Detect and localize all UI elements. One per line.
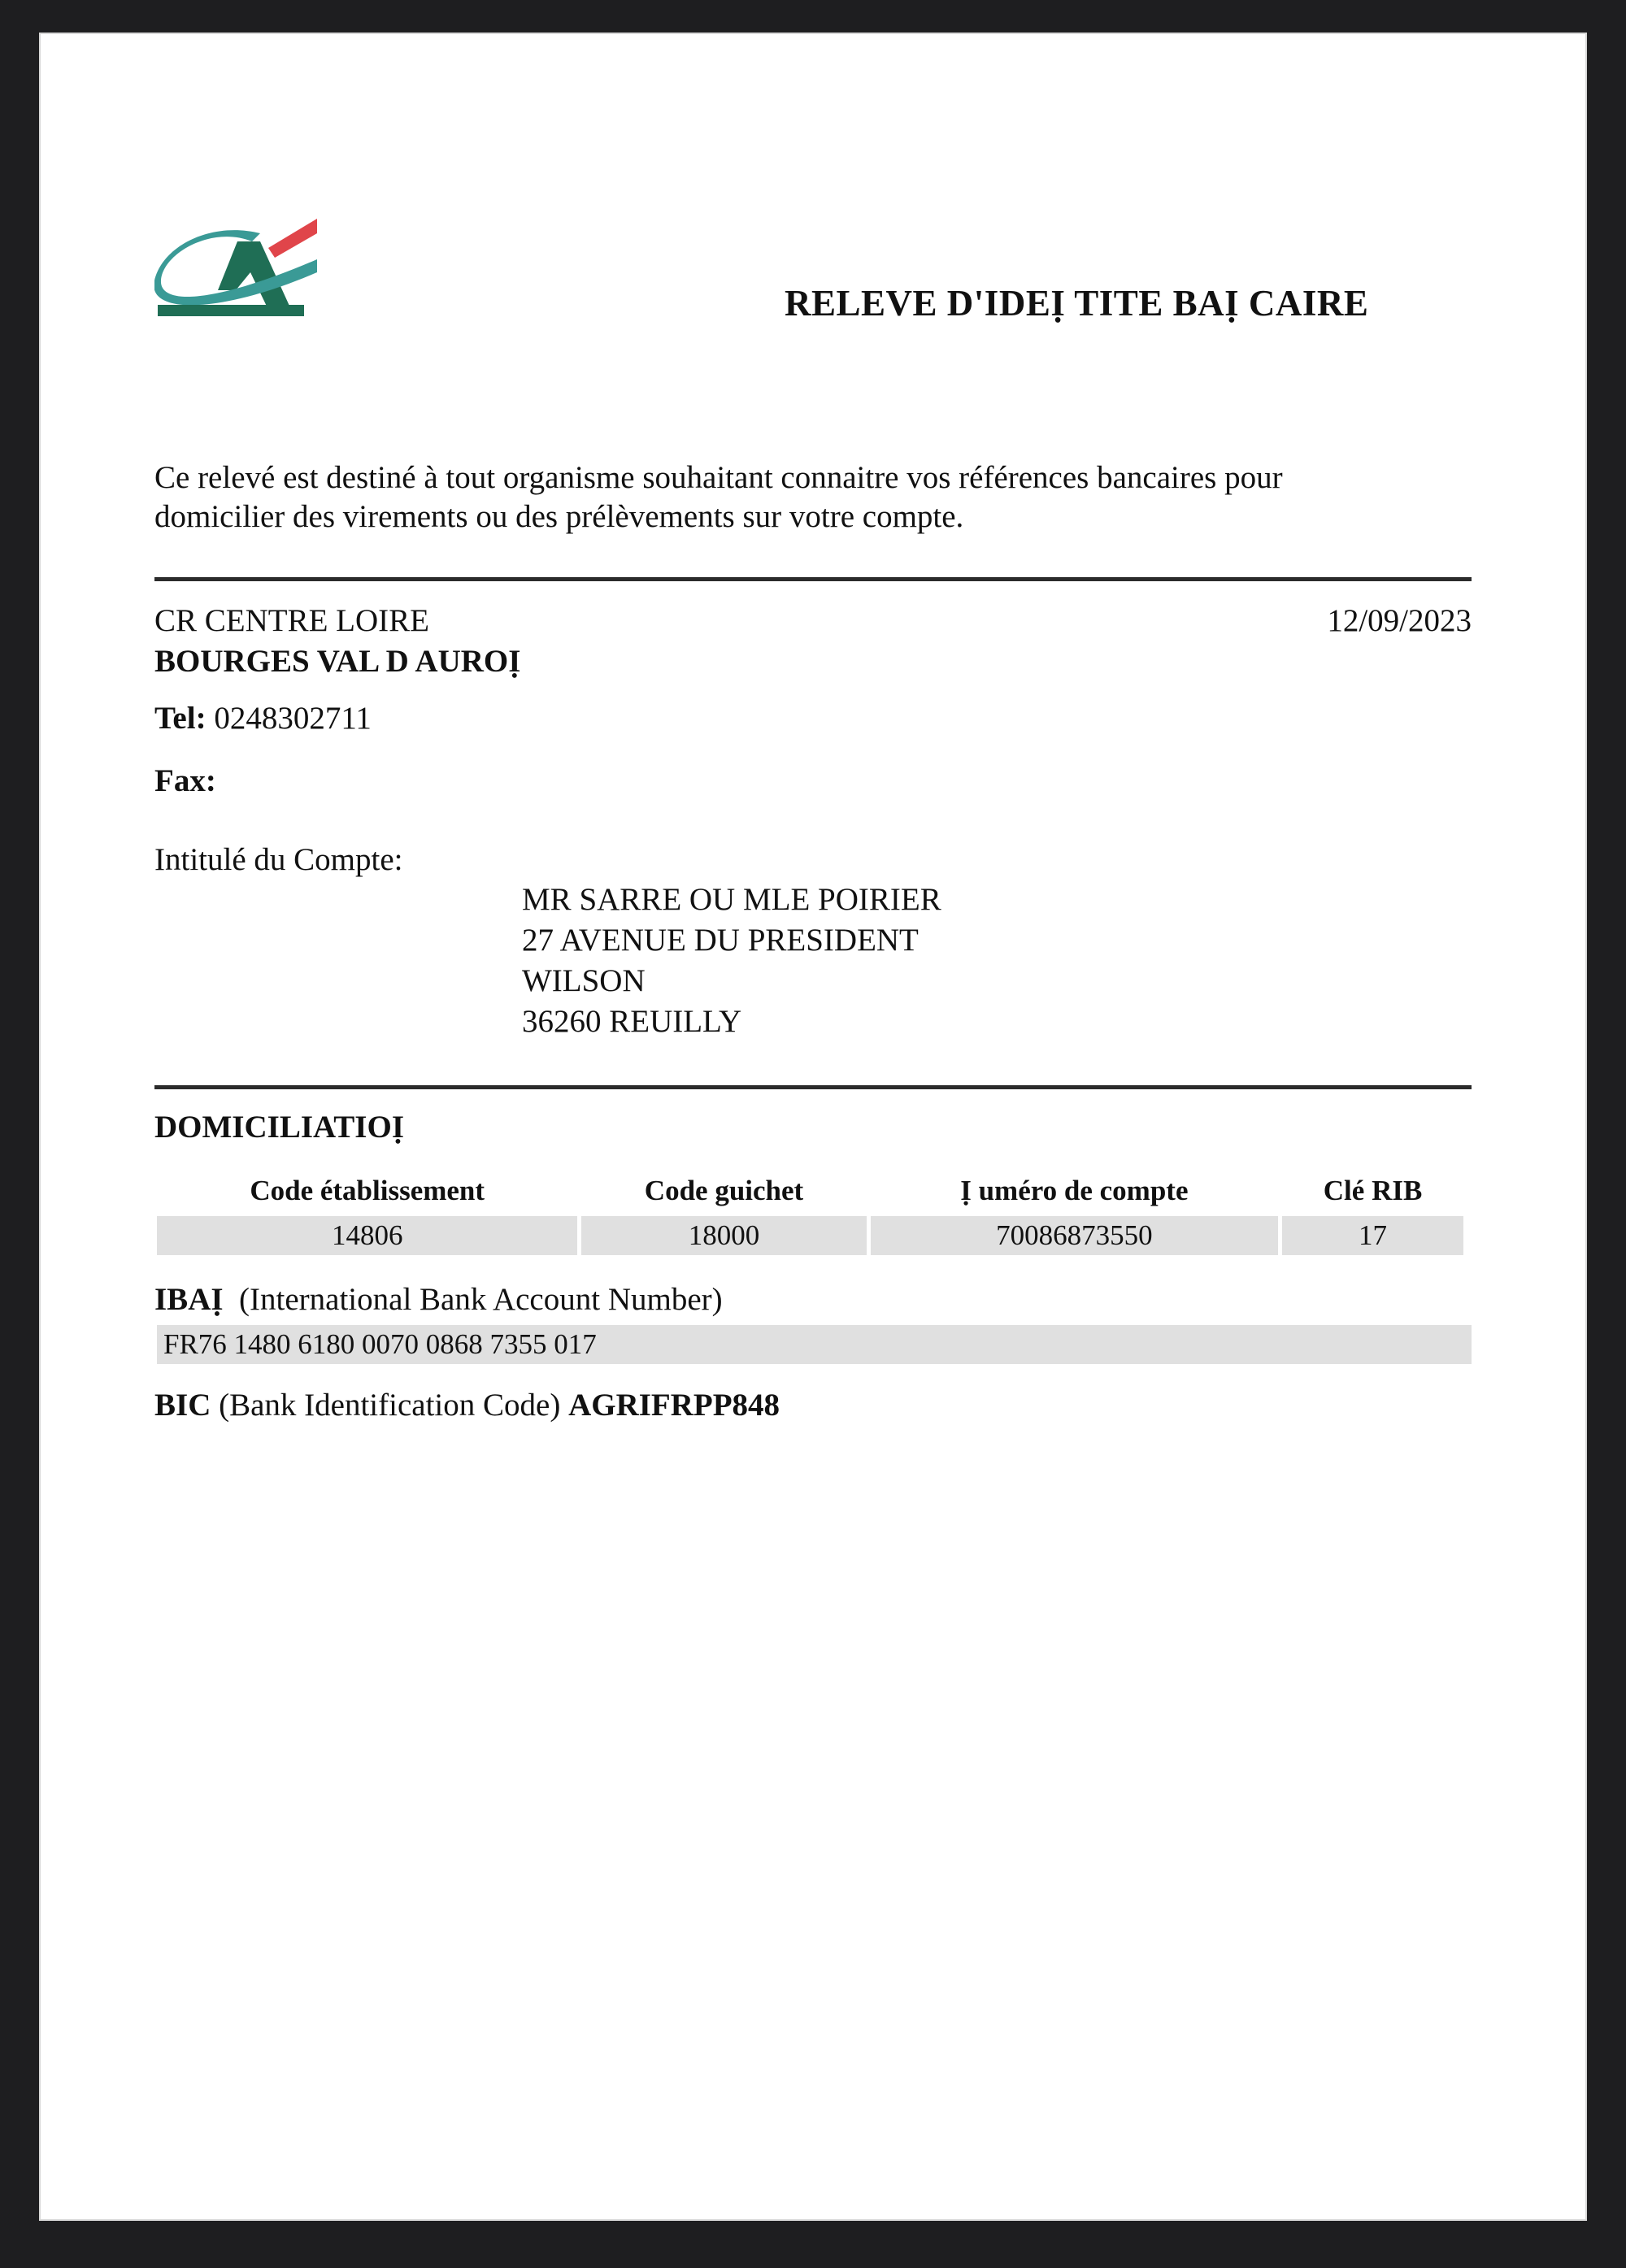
iban-value: FR76 1480 6180 0070 0868 7355 017 — [157, 1325, 1472, 1364]
rib-table: Code établissement Code guichet Ị uméro … — [153, 1172, 1467, 1255]
agency-fax: Fax: — [154, 763, 216, 799]
bic-value: AGRIFRPP848 — [568, 1388, 780, 1423]
document-page: RELEVE D'IDEỊ TITE BAỊ CAIRE Ce relevé e… — [41, 34, 1585, 2219]
iban-label: IBAỊ — [154, 1282, 224, 1317]
agency-tel: Tel: 0248302711 — [154, 700, 372, 736]
iban-description: (International Bank Account Number) — [239, 1282, 723, 1317]
fax-label: Fax: — [154, 763, 216, 798]
statement-date: 12/09/2023 — [1327, 601, 1472, 641]
divider-middle — [154, 1085, 1472, 1089]
code-etablissement-value: 14806 — [157, 1216, 577, 1255]
holder-line: 36260 REUILLY — [522, 1001, 941, 1042]
tel-label: Tel: — [154, 701, 207, 736]
tel-value: 0248302711 — [214, 701, 372, 736]
agency-region: CR CENTRE LOIRE — [154, 601, 520, 641]
bic-description: (Bank Identification Code) — [219, 1388, 560, 1423]
account-holder-address: MR SARRE OU MLE POIRIER 27 AVENUE DU PRE… — [522, 880, 941, 1042]
intro-text: Ce relevé est destiné à tout organisme s… — [154, 458, 1488, 537]
domiciliation-title: DOMICILIATIOỊ — [154, 1109, 404, 1145]
col-cle-rib: Clé RIB — [1282, 1172, 1463, 1216]
col-numero-compte: Ị uméro de compte — [871, 1172, 1278, 1216]
intro-line-2: domicilier des virements ou des prélèvem… — [154, 497, 1488, 537]
agency-branch: BOURGES VAL D AUROỊ — [154, 641, 520, 682]
document-title: RELEVE D'IDEỊ TITE BAỊ CAIRE — [785, 282, 1368, 324]
agency-block: CR CENTRE LOIRE BOURGES VAL D AUROỊ — [154, 601, 520, 682]
col-code-guichet: Code guichet — [581, 1172, 866, 1216]
credit-agricole-logo-icon — [154, 209, 317, 323]
cle-rib-value: 17 — [1282, 1216, 1463, 1255]
intro-line-1: Ce relevé est destiné à tout organisme s… — [154, 458, 1488, 497]
iban-heading: IBAỊ (International Bank Account Number) — [154, 1281, 723, 1318]
bic-line: BIC (Bank Identification Code) AGRIFRPP8… — [154, 1387, 780, 1423]
bic-label: BIC — [154, 1388, 211, 1423]
table-row: 14806 18000 70086873550 17 — [157, 1216, 1463, 1255]
account-holder-label: Intitulé du Compte: — [154, 841, 402, 878]
col-code-etablissement: Code établissement — [157, 1172, 577, 1216]
code-guichet-value: 18000 — [581, 1216, 866, 1255]
holder-line: MR SARRE OU MLE POIRIER — [522, 880, 941, 920]
rib-header-row: Code établissement Code guichet Ị uméro … — [157, 1172, 1463, 1216]
divider-top — [154, 577, 1472, 581]
holder-line: 27 AVENUE DU PRESIDENT — [522, 920, 941, 961]
numero-compte-value: 70086873550 — [871, 1216, 1278, 1255]
holder-line: WILSON — [522, 961, 941, 1001]
